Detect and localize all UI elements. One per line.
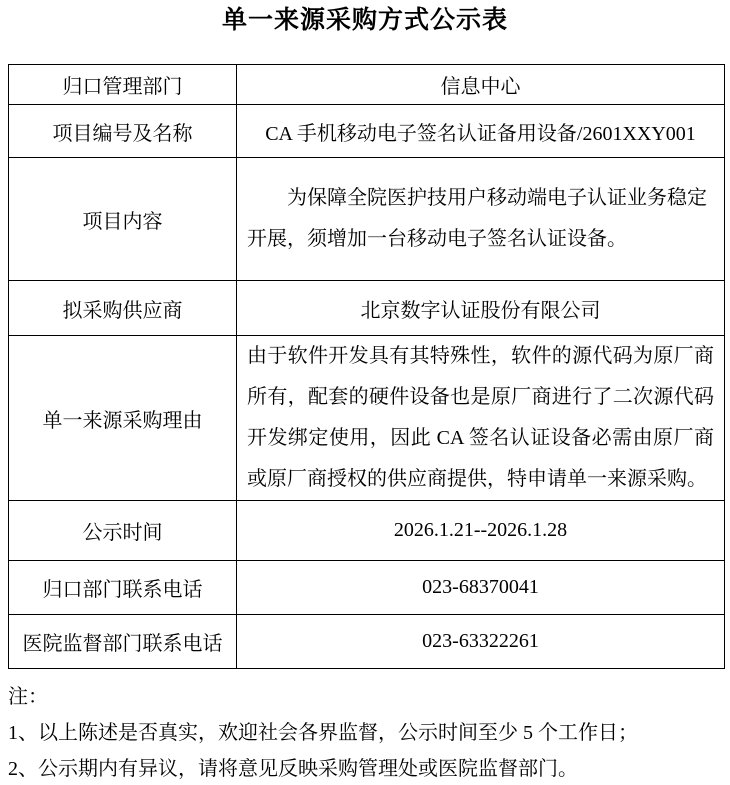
table-row: 单一来源采购理由 由于软件开发具有其特殊性，软件的源代码为原厂商所有，配套的硬件…	[9, 336, 725, 501]
table-row: 项目内容 为保障全院医护技用户移动端电子认证业务稳定开展，须增加一台移动电子签名…	[9, 158, 725, 281]
note-item-2: 2、公示期内有异议，请将意见反映采购管理处或医院监督部门。	[8, 751, 722, 785]
row-value-supplier: 北京数字认证股份有限公司	[237, 281, 725, 336]
row-label-supplier: 拟采购供应商	[9, 281, 237, 336]
note-item-1: 1、以上陈述是否真实，欢迎社会各界监督，公示时间至少 5 个工作日；	[8, 715, 722, 751]
row-value-publicity-period: 2026.1.21--2026.1.28	[237, 501, 725, 561]
reason-paragraph: 由于软件开发具有其特殊性，软件的源代码为原厂商所有，配套的硬件设备也是原厂商进行…	[237, 336, 724, 500]
row-value-supervision-phone: 023-63322261	[237, 615, 725, 669]
row-label-project-content: 项目内容	[9, 158, 237, 281]
table-row: 归口部门联系电话 023-68370041	[9, 561, 725, 615]
publicity-table: 归口管理部门 信息中心 项目编号及名称 CA 手机移动电子签名认证备用设备/26…	[8, 64, 725, 669]
page-title: 单一来源采购方式公示表	[8, 6, 722, 34]
table-row: 公示时间 2026.1.21--2026.1.28	[9, 501, 725, 561]
row-value-project-id: CA 手机移动电子签名认证备用设备/2601XXY001	[237, 105, 725, 158]
table-row: 归口管理部门 信息中心	[9, 65, 725, 105]
row-label-reason: 单一来源采购理由	[9, 336, 237, 501]
notes-section: 注： 1、以上陈述是否真实，欢迎社会各界监督，公示时间至少 5 个工作日； 2、…	[8, 679, 722, 785]
project-content-paragraph: 为保障全院医护技用户移动端电子认证业务稳定开展，须增加一台移动电子签名认证设备。	[237, 178, 724, 260]
row-value-project-content: 为保障全院医护技用户移动端电子认证业务稳定开展，须增加一台移动电子签名认证设备。	[237, 158, 725, 281]
table-row: 医院监督部门联系电话 023-63322261	[9, 615, 725, 669]
row-value-dept-phone: 023-68370041	[237, 561, 725, 615]
row-label-dept-phone: 归口部门联系电话	[9, 561, 237, 615]
table-row: 项目编号及名称 CA 手机移动电子签名认证备用设备/2601XXY001	[9, 105, 725, 158]
notes-heading: 注：	[8, 679, 722, 715]
row-label-supervision-phone: 医院监督部门联系电话	[9, 615, 237, 669]
table-row: 拟采购供应商 北京数字认证股份有限公司	[9, 281, 725, 336]
row-label-project-id: 项目编号及名称	[9, 105, 237, 158]
document-page: 单一来源采购方式公示表 归口管理部门 信息中心 项目编号及名称 CA 手机移动电…	[0, 0, 730, 785]
row-value-reason: 由于软件开发具有其特殊性，软件的源代码为原厂商所有，配套的硬件设备也是原厂商进行…	[237, 336, 725, 501]
row-value-dept: 信息中心	[237, 65, 725, 105]
row-label-dept: 归口管理部门	[9, 65, 237, 105]
row-label-publicity-period: 公示时间	[9, 501, 237, 561]
